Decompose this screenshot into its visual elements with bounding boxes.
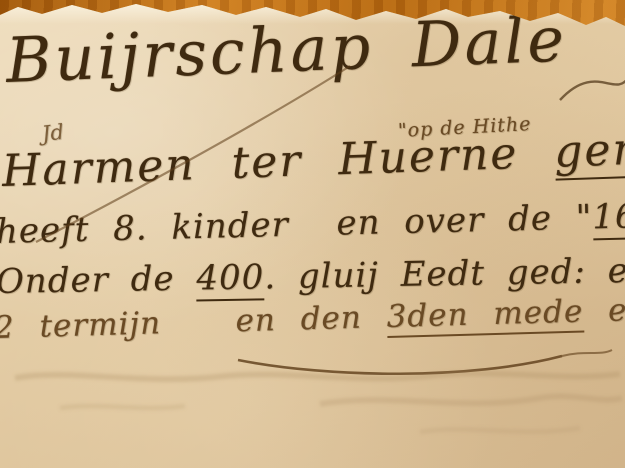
- underline-flourish-tail: [562, 350, 612, 356]
- underlined-value: 16: [592, 196, 625, 240]
- manuscript-paper: Buijrschap Dale "op de Hithe Jd Harmen t…: [0, 0, 625, 468]
- manuscript-line-children: heeft 8. kinder en over de "16. jaer: [0, 194, 625, 252]
- line-text: . gluij Eedt ged: en ie: [264, 250, 625, 298]
- line-text: Onder de: [0, 259, 197, 302]
- show-through-text: [15, 373, 622, 432]
- underline-flourish: [238, 356, 562, 374]
- underlined-word: 3den mede: [386, 294, 584, 338]
- line-text: en: [583, 292, 625, 330]
- marginal-annotation: Jd: [41, 120, 65, 146]
- line-text: 2 termijn en den: [0, 299, 387, 346]
- underlined-word: gen: [553, 124, 625, 181]
- manuscript-photo: Buijrschap Dale "op de Hithe Jd Harmen t…: [0, 0, 625, 468]
- underlined-value: 400: [196, 257, 265, 301]
- manuscript-line-name: Harmen ter Huerne gen: [1, 124, 625, 197]
- line-text: heeft 8. kinder en over de ": [0, 197, 593, 252]
- heading-flourish: [560, 78, 625, 100]
- line-text: Harmen ter Huerne: [1, 127, 555, 197]
